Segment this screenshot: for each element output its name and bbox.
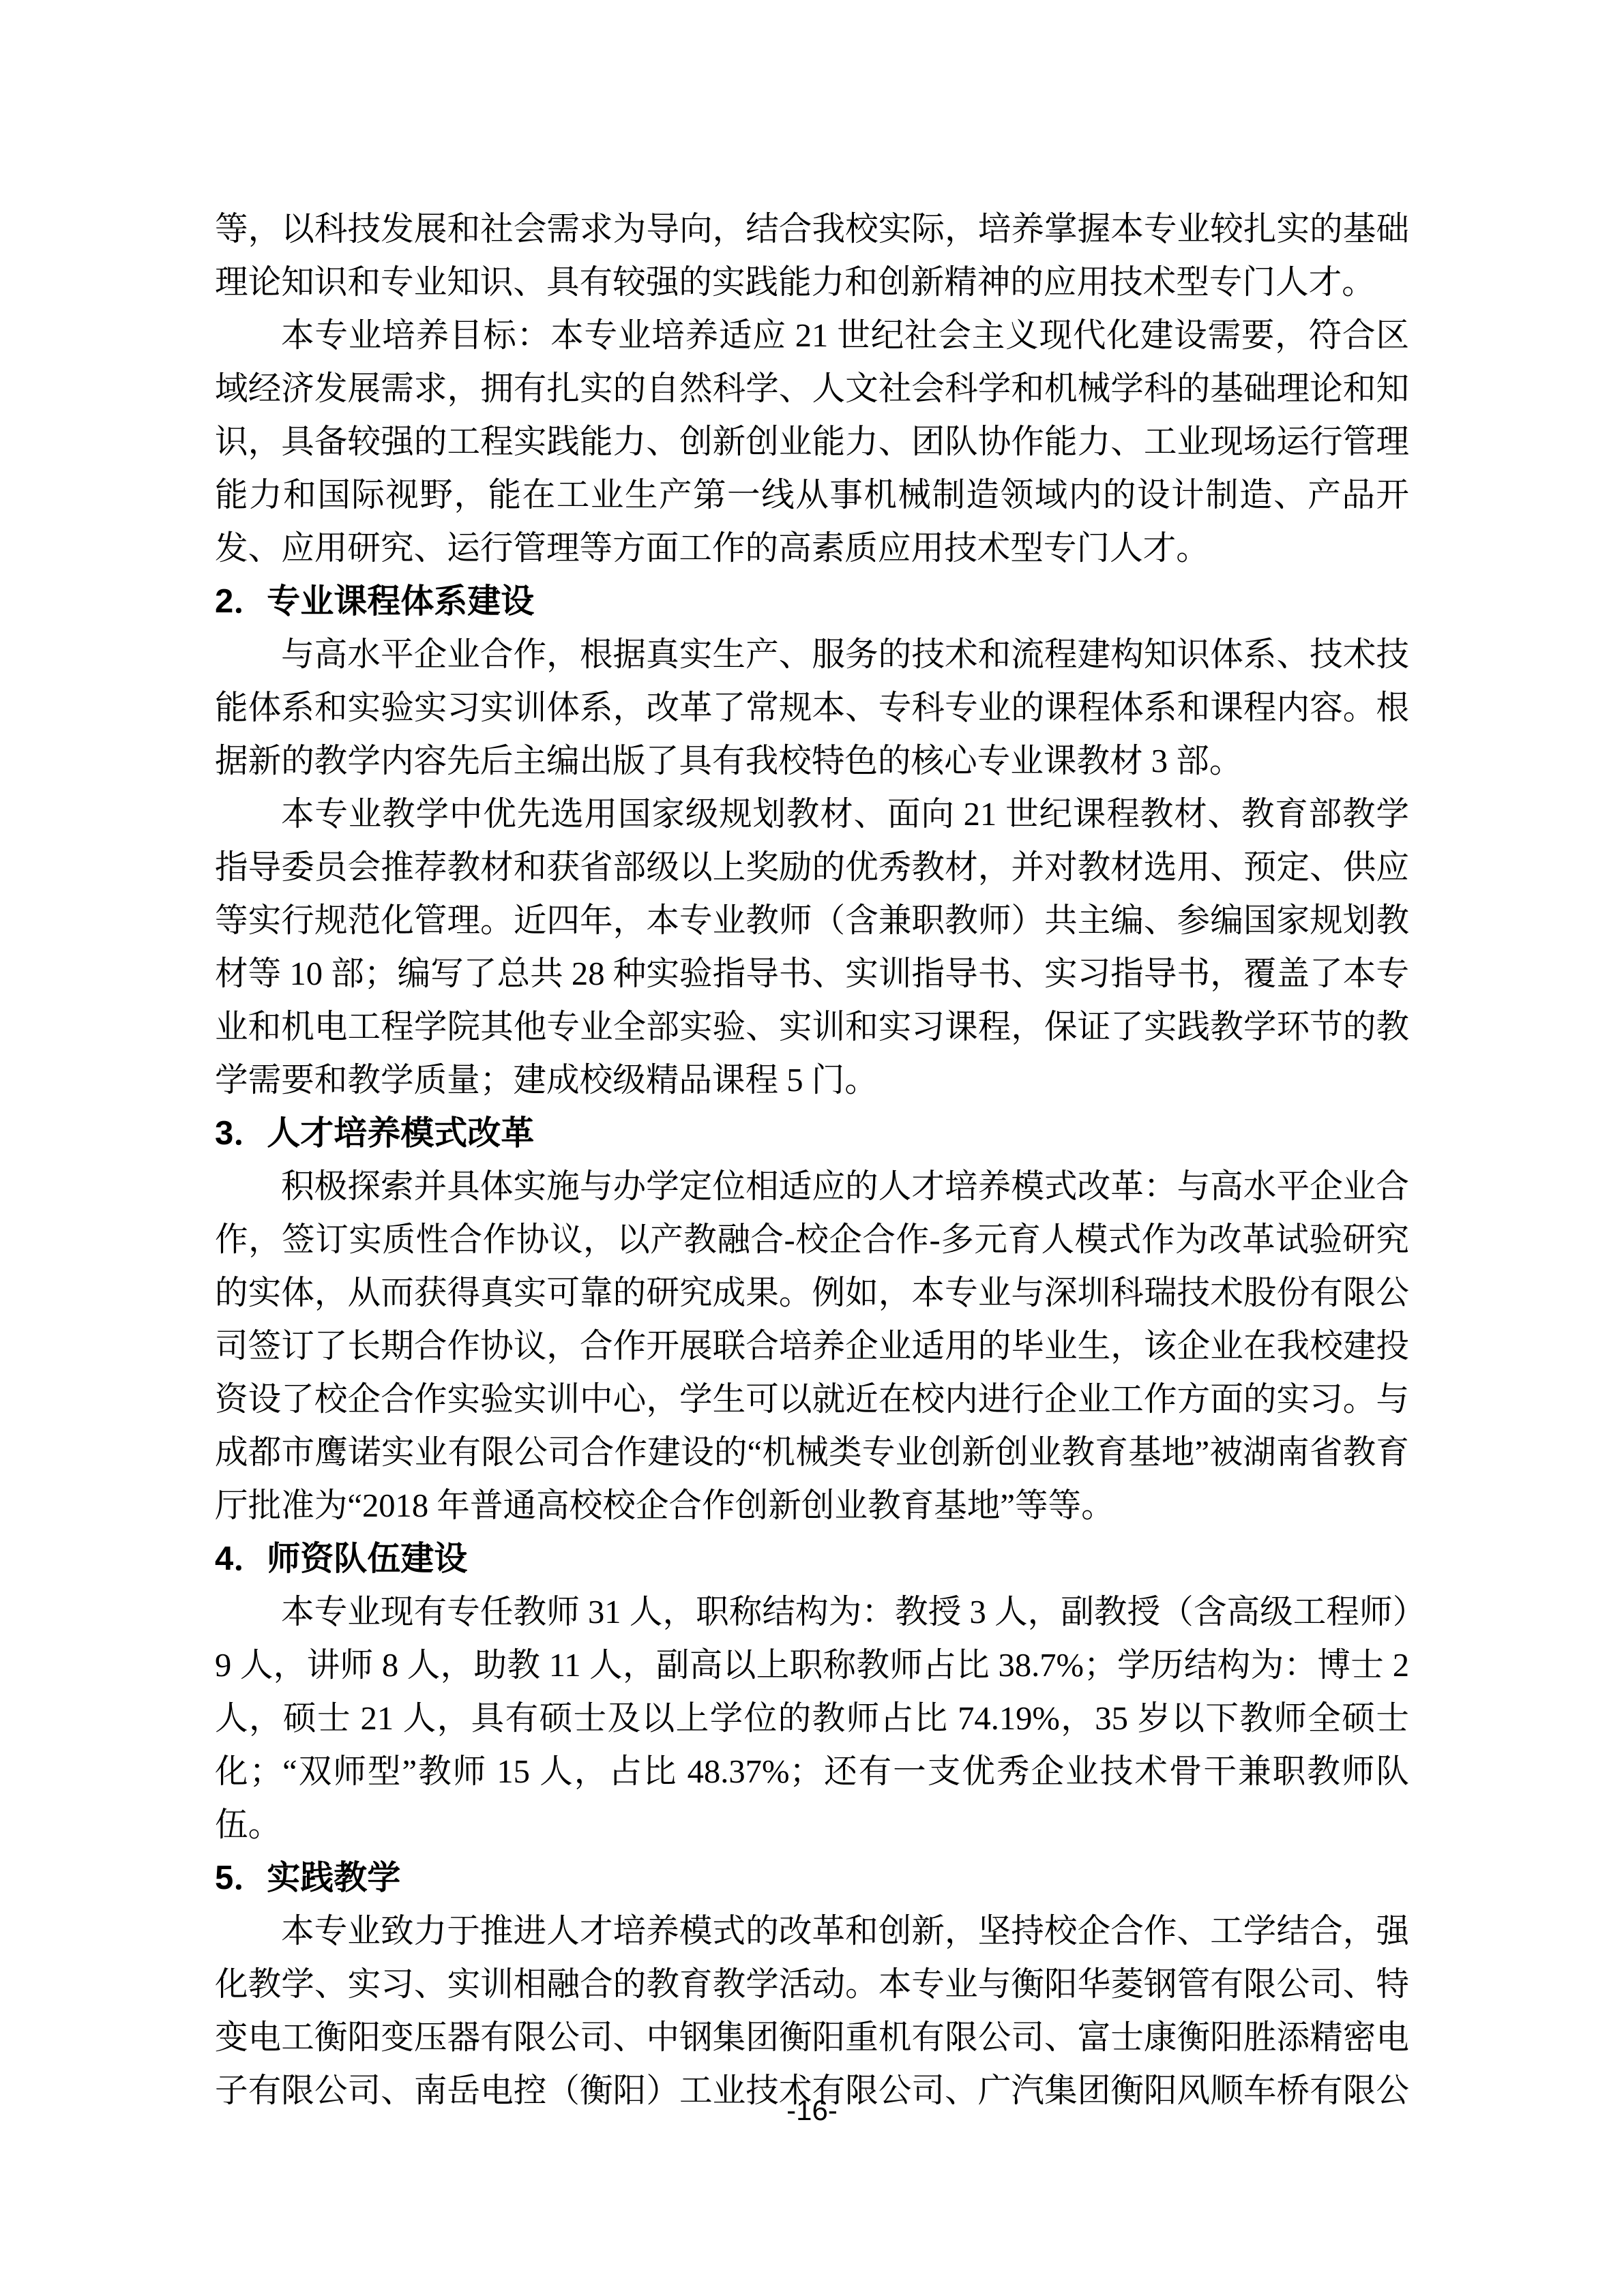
section-heading-curriculum: 2．专业课程体系建设: [215, 575, 1409, 628]
paragraph: 本专业培养目标：本专业培养适应 21 世纪社会主义现代化建设需要，符合区域经济发…: [215, 309, 1409, 575]
page-number: -16-: [0, 2095, 1624, 2126]
paragraph: 与高水平企业合作，根据真实生产、服务的技术和流程建构知识体系、技术技能体系和实验…: [215, 628, 1409, 788]
paragraph: 本专业教学中优先选用国家级规划教材、面向 21 世纪课程教材、教育部教学指导委员…: [215, 788, 1409, 1107]
paragraph: 积极探索并具体实施与办学定位相适应的人才培养模式改革：与高水平企业合作，签订实质…: [215, 1160, 1409, 1532]
section-heading-training-model: 3．人才培养模式改革: [215, 1107, 1409, 1160]
paragraph: 本专业致力于推进人才培养模式的改革和创新，坚持校企合作、工学结合，强化教学、实习…: [215, 1905, 1409, 2117]
paragraph: 等，以科技发展和社会需求为导向，结合我校实际，培养掌握本专业较扎实的基础理论知识…: [215, 203, 1409, 309]
document-page: 等，以科技发展和社会需求为导向，结合我校实际，培养掌握本专业较扎实的基础理论知识…: [0, 0, 1624, 2296]
section-heading-faculty: 4．师资队伍建设: [215, 1532, 1409, 1585]
paragraph: 本专业现有专任教师 31 人，职称结构为：教授 3 人，副教授（含高级工程师）9…: [215, 1585, 1409, 1851]
section-heading-practice-teaching: 5．实践教学: [215, 1851, 1409, 1905]
page-body: 等，以科技发展和社会需求为导向，结合我校实际，培养掌握本专业较扎实的基础理论知识…: [215, 0, 1409, 2117]
